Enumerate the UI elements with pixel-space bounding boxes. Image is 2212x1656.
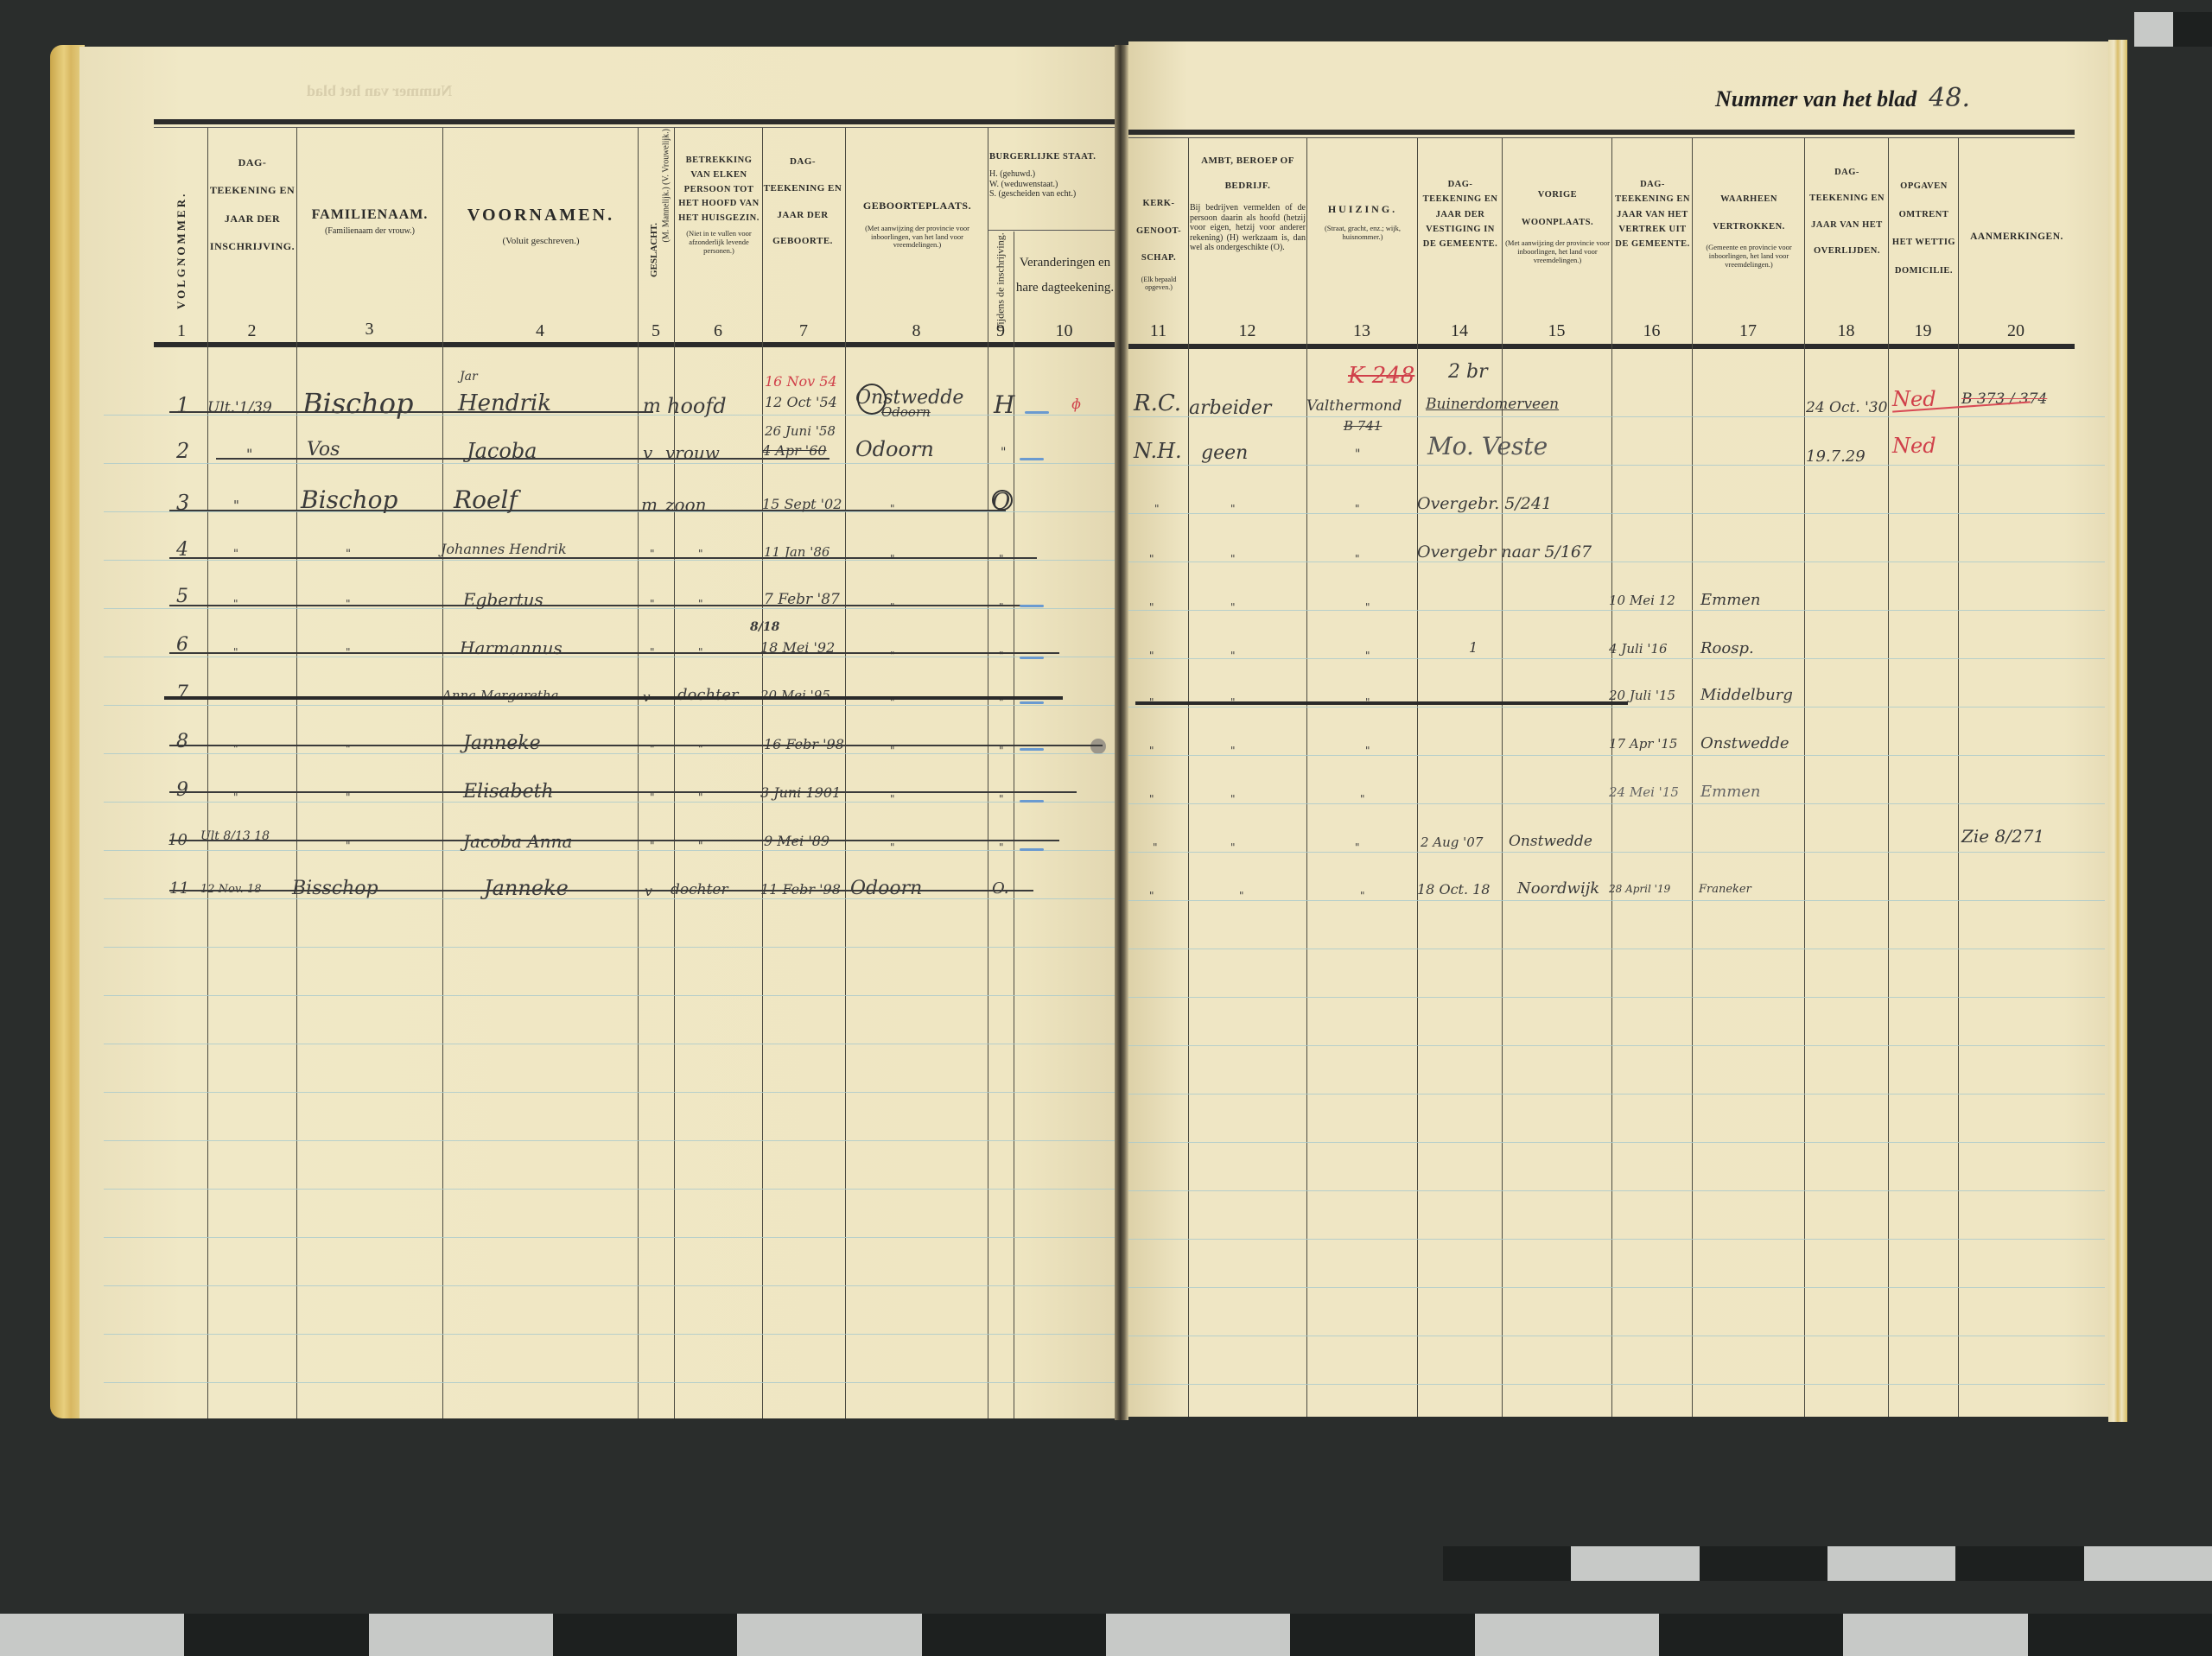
row-10-geboorteplaats: " [890,841,895,853]
row-8-staat: " [999,745,1004,757]
row-11-vestiging: 18 Oct. 18 [1417,881,1490,898]
row-10-aanmerkingen: Zie 8/271 [1961,826,2044,847]
ruling-line [1128,755,2105,756]
row-8-strike [169,745,1103,746]
ruling-line [104,608,1115,609]
row-9-beroep: " [1230,793,1236,805]
ruling-line [104,1044,1115,1044]
header-col-3: FAMILIENAAM.(Familienaam der vrouw.) [298,207,442,237]
row-9-vertrek: 24 Mei '15 [1609,784,1679,800]
row-11-kerk: " [1149,890,1154,902]
row-10-strike [169,840,1059,841]
row-10-kerk: " [1153,841,1158,853]
col-num-18: 18 [1804,321,1888,341]
blue-mark [1020,701,1044,704]
ruling-line [104,1285,1115,1286]
row-8-waarheen: Onstwedde [1700,734,1789,752]
ruling-line [104,511,1115,512]
header-col-20: AANMERKINGEN. [1960,232,2074,243]
row-10-familienaam: " [346,840,351,852]
row-4-staat: " [999,553,1004,565]
header-bottom-rule-left [154,342,1115,347]
header-col-1: VOLGNOMMER. [175,154,188,309]
col-num-12: 12 [1188,321,1306,341]
ruling-line [1128,513,2105,514]
sheet-number: 48. [1929,83,1970,113]
ruling-line [1128,1045,2105,1046]
row-3-strike [169,510,1006,511]
row-1-huizing-struck: B 741 [1344,418,1382,434]
row-11-vertrek: 28 April '19 [1609,883,1670,895]
sheet-title-label: Nummer van het blad [1715,86,1916,111]
header-bottom-rule-right [1128,344,2075,349]
row-8-beroep: " [1230,745,1236,757]
header-col-14: DAG- TEEKENING EN JAAR DER VESTIGING IN … [1419,177,1502,252]
row-9-inschrijving: " [233,791,238,803]
header-col-16: DAG- TEEKENING EN JAAR VAN HET VERTREK U… [1613,177,1692,252]
blue-mark [1020,657,1044,659]
row-9-familienaam: " [346,791,351,803]
ruling-line [1128,416,2105,417]
ruling-line [104,1140,1115,1141]
ruling-line [1128,1336,2105,1336]
row-1-huizing: Valthermond [1306,397,1402,415]
row-1-inschrijving: Ult.'1/39 [207,399,272,416]
ruling-line [104,1334,1115,1335]
header-col-6: BETREKKING VAN ELKEN PERSOON TOT HET HOO… [676,154,762,255]
ruling-line [1128,465,2105,466]
col-num-19: 19 [1888,321,1958,341]
row-5-beroep: " [1230,601,1236,613]
row-3-kerk: " [1154,503,1160,515]
row-5-familienaam: " [346,598,351,610]
row-2-geboorte: 4 Apr '60 [762,442,827,459]
row-7-waarheen: Middelburg [1700,686,1793,704]
row-3-vorige-woonplaats: Overgebr. 5/241 [1417,494,1552,513]
row-8-voornamen: Janneke [463,733,541,754]
row-6-kerk: " [1149,650,1154,662]
ruling-line [104,802,1115,803]
ruling-line [104,850,1115,851]
row-1-geboorte: 12 Oct '54 [765,394,837,410]
row-2-betrekking: vrouw [665,442,720,463]
row-11-huizing: " [1360,890,1365,902]
row-4-strike [169,557,1037,559]
ruling-line [104,1237,1115,1238]
header-top-rule-left [154,119,1115,124]
sheet-title: Nummer van het blad48. [1715,83,1970,113]
ruling-line [1128,658,2105,659]
row-1-strike [169,411,653,413]
row-6-vertrek: 4 Juli '16 [1609,641,1668,657]
row-10-vorige-woonplaats: Onstwedde [1509,833,1592,850]
header-col-5-sub: (M. Mannelijk.) (V. Vrouwelijk.) [662,130,671,243]
header-top-thin-right [1128,137,2075,138]
header-col-2: DAG- TEEKENING EN JAAR DER INSCHRIJVING. [209,149,296,261]
header-col-11: KERK- GENOOT- SCHAP.(Elk bepaald opgeven… [1130,190,1187,291]
row-5-voornamen: Egbertus [463,589,543,610]
row-2-domicilie: Ned [1892,434,1936,458]
ruling-line [1128,707,2105,707]
row-10-vestiging: 2 Aug '07 [1421,834,1483,850]
ruling-line [104,1189,1115,1190]
row-5-geslacht: " [650,598,655,610]
row-4-huizing: " [1355,553,1360,565]
row-1-kerk: R.C. [1134,390,1181,416]
ruling-line [104,463,1115,464]
row-2-geboorteplaats: Odoorn [855,437,934,461]
color-scale-top [2134,12,2212,47]
header-col-8: GEBOORTEPLAATS.(Met aanwijzing der provi… [847,200,988,250]
row-1-geboorte-correction: 16 Nov 54 [765,373,837,390]
row-11-geboorteplaats: Odoorn [850,878,922,899]
ruling-line [104,995,1115,996]
bleed-through-text: Nummer van het blad [307,82,452,100]
ruling-line [104,1092,1115,1093]
col-num-6: 6 [674,321,762,341]
row-9-betrekking: " [698,791,703,803]
row-8-kerk: " [1149,745,1154,757]
header-top-rule-right [1128,130,2075,135]
ruling-line [1128,1094,2105,1094]
row-2-vorige-woonplaats: Mo. Veste [1427,432,1548,460]
header-col-5: GESLACHT. [649,165,659,277]
header-top-thin-left [154,127,1115,128]
row-7-betrekking: dochter [677,686,739,704]
row-11-nr: 11 [169,879,189,898]
row-1-staat: H [994,390,1014,419]
row-3-betrekking: zoon [665,494,707,515]
row-10-geslacht: " [650,840,655,852]
ruling-line [1128,949,2105,949]
row-4-geboorteplaats: " [890,553,895,565]
row-2-inschrijving: " [246,446,252,462]
row-9-strike [169,791,1077,793]
row-1-geboorteplaats-struck: Odoorn [881,404,931,420]
header-col-7: DAG- TEEKENING EN JAAR DER GEBOORTE. [760,149,845,255]
circle-mark [992,490,1013,511]
blue-mark [1020,605,1044,607]
row-9-waarheen: Emmen [1700,783,1761,801]
col-num-9: 9 [988,321,1014,341]
ruling-line [1128,1239,2105,1240]
ruling-line [1128,1190,2105,1191]
header-col-4: VOORNAMEN.(Voluit geschreven.) [444,206,638,247]
book-edge-right [2108,40,2127,1422]
row-11-staat: O. [992,879,1008,898]
row-7-voornamen: Anna Margaretha [442,688,559,703]
col-num-4: 4 [442,321,638,341]
ruling-line [104,1382,1115,1383]
row-9-geboorteplaats: " [890,793,895,805]
header-col-17: WAARHEEN VERTROKKEN.(Gemeente en provinc… [1694,186,1804,269]
row-11-waarheen: Franeker [1699,883,1751,896]
row-9-geslacht: " [650,791,655,803]
ruling-line [1128,900,2105,901]
ruling-line [104,657,1115,657]
header-col-18: DAG- TEEKENING EN JAAR VAN HET OVERLIJDE… [1806,160,1888,265]
ruling-line [104,947,1115,948]
row-6-vestiging: 1 [1469,639,1478,656]
row-3-beroep: " [1230,503,1236,515]
row-7-geboorte: 20 Mei '95 [760,688,830,703]
color-scale-bottom-right [1443,1546,2212,1581]
row-10-betrekking: " [698,840,703,852]
row-9-staat: " [999,793,1004,805]
header-col-13: HUIZING.(Straat, gracht, enz.; wijk, hui… [1308,204,1417,241]
ruling-line [1128,997,2105,998]
row-7-strike-right [1135,701,1628,705]
row-10-voornamen: Jacoba Anna [463,831,572,852]
row-5-vertrek: 10 Mei 12 [1609,593,1675,608]
row-7-nr: 7 [176,682,188,704]
row-11-voornamen: Janneke [484,876,569,900]
row-7-strike [164,696,1063,700]
header-col-10: Veranderingen en hare dagteekening. [1015,251,1115,300]
row-6-huizing: " [1365,650,1370,662]
blue-mark [1025,411,1049,414]
row-4-vorige-woonplaats: Overgebr naar 5/167 [1417,542,1592,562]
col-num-11: 11 [1128,321,1188,341]
row-5-inschrijving: " [233,598,238,610]
col-num-15: 15 [1502,321,1611,341]
row-2-kerk: N.H. [1134,439,1182,463]
ruling-line [1128,1142,2105,1143]
col-num-20: 20 [1958,321,2074,341]
row-5-geboorteplaats: " [890,601,895,613]
row-3-geboorteplaats: " [890,503,895,515]
row-5-huizing: " [1365,601,1370,613]
row-2-strike [216,458,829,460]
col-num-3: 3 [296,320,442,339]
ruling-line [1128,562,2105,562]
col-num-17: 17 [1692,321,1804,341]
col-num-1: 1 [156,321,207,341]
row-9-huizing: " [1360,793,1365,805]
circle-mark [857,384,887,415]
row-9-kerk: " [1149,793,1154,805]
row-6-waarheen: Roosp. [1700,639,1754,657]
row-4-beroep: " [1230,553,1236,565]
row-1-nr: 1 [176,393,189,417]
row-4-kerk: " [1149,553,1154,565]
row-11-vorige-woonplaats: Noordwijk [1517,879,1599,898]
binding-hole [1090,739,1106,754]
col-num-13: 13 [1306,321,1417,341]
header-burgerlijke-staat: BURGERLIJKE STAAT. H. (gehuwd.) W. (wedu… [989,152,1115,200]
row-1-beroep: arbeider [1189,397,1271,419]
row-8-geboorteplaats: " [890,745,895,757]
row-2-overlijden: 19.7.29 [1806,447,1866,466]
blue-mark [1020,800,1044,803]
row-1-betrekking: hoofd [667,394,727,418]
row-11-familienaam: Bisschop [292,878,378,899]
row-1-huizing-sub: 2 br [1448,361,1488,383]
row-8-vertrek: 17 Apr '15 [1609,736,1677,752]
ruling-line [104,753,1115,754]
row-2-beroep: geen [1201,442,1248,464]
col-num-5: 5 [638,321,674,341]
row-5-betrekking: " [698,598,703,610]
row-2-staat: " [1001,446,1006,460]
ruling-line [104,705,1115,706]
ruling-line [1128,610,2105,611]
row-1-overlijden: 24 Oct. '30 [1806,399,1887,416]
row-2-geslacht: v [643,442,652,463]
row-9-nr: 9 [176,779,188,801]
col-num-2: 2 [207,321,296,341]
header-col-9: Tijdens de inschrijving. [995,227,1007,331]
ruling-line [1128,852,2105,853]
col-num-16: 16 [1611,321,1692,341]
row-1-voornamen-note: Jar [460,370,478,384]
row-8-nr: 8 [176,731,188,752]
ruling-line [104,560,1115,561]
row-6-voornamen: Harmannus [460,638,563,658]
row-6-geboorte-correction: 8/18 [750,620,779,634]
row-1-geslacht: m [643,396,661,417]
blue-mark [1020,748,1044,751]
row-3-huizing: " [1355,503,1360,515]
ruling-line [1128,1384,2105,1385]
col-num-14: 14 [1417,321,1502,341]
header-col-19: OPGAVEN OMTRENT HET WETTIG DOMICILIE. [1890,173,1958,285]
row-6-beroep: " [1230,650,1236,662]
row-2-huizing: " [1355,447,1360,461]
row-5-strike [169,605,1033,606]
col-num-7: 7 [762,321,845,341]
col-num-8: 8 [845,321,988,341]
header-col-15: VORIGE WOONPLAATS.(Met aanwijzing der pr… [1503,181,1611,264]
row-1-familienaam: Bischop [302,387,413,420]
book-gutter [1115,45,1128,1420]
blue-mark [1020,848,1044,851]
color-scale-bottom [0,1614,2212,1656]
ruling-line [1128,803,2105,804]
row-2-geboorte-correction: 26 Juni '58 [765,423,836,439]
row-5-staat: " [999,601,1004,613]
ruling-line [104,898,1115,899]
row-10-huizing: " [1355,841,1360,853]
row-4-voornamen: Johannes Hendrik [441,541,567,557]
row-10-beroep: " [1230,841,1236,853]
ruling-line [1128,1287,2105,1288]
row-6-strike [169,652,1059,654]
row-5-kerk: " [1149,601,1154,613]
header-col-12: AMBT, BEROEP OF BEDRIJF.Bij bedrijven ve… [1190,149,1306,253]
row-8-huizing: " [1365,745,1370,757]
row-10-staat: " [999,841,1004,853]
row-1-huizing-red: K 248 [1348,363,1414,389]
row-5-waarheen: Emmen [1700,591,1761,609]
row-1-verandering-mark: ɸ [1071,396,1081,412]
row-1-vorige-woonplaats: Buinerdomerveen [1426,396,1559,413]
row-11-strike [169,890,1033,891]
col-num-10: 10 [1014,321,1115,341]
row-2-nr: 2 [176,439,189,463]
row-3-geslacht: m [641,494,658,515]
row-11-beroep: " [1239,890,1244,902]
blue-mark [1020,458,1044,460]
